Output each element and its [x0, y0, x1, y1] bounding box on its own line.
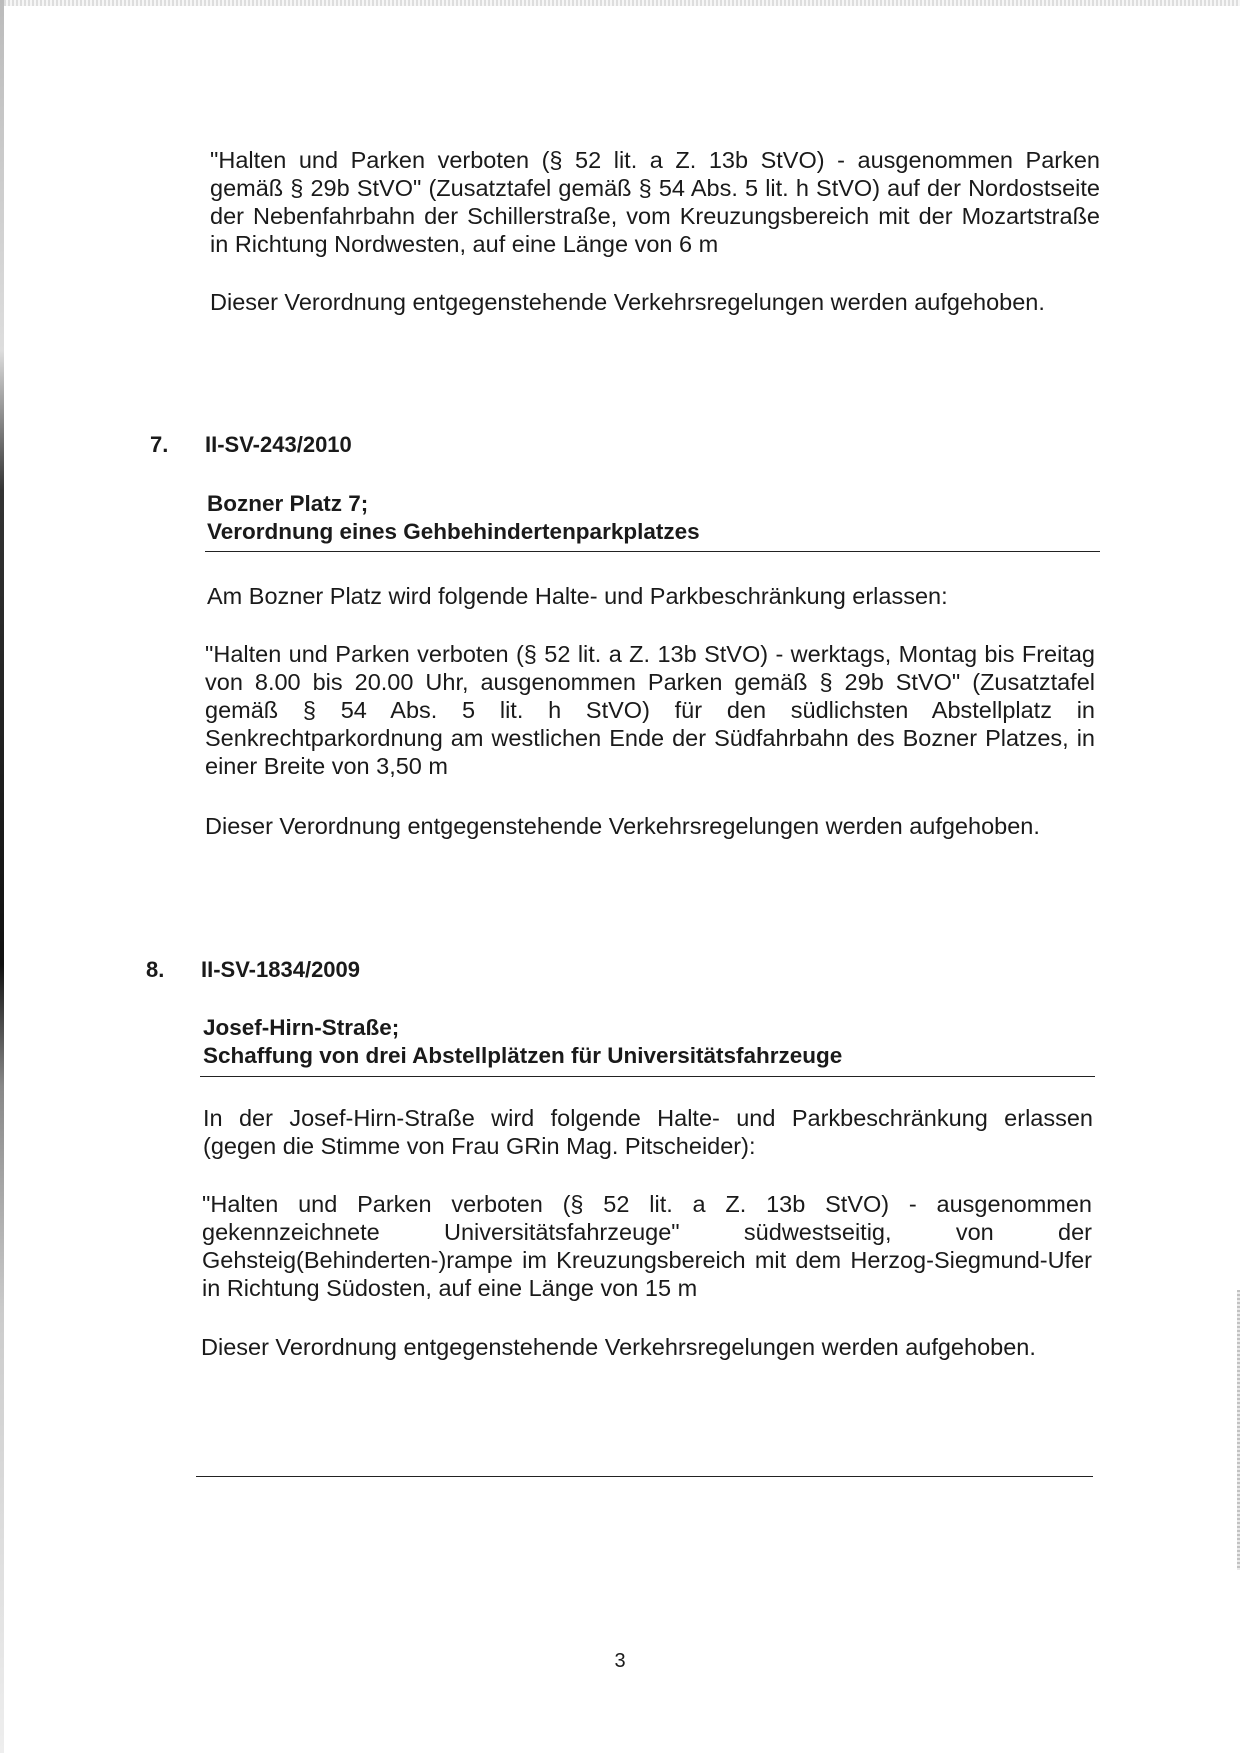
item-8-title-line1: Josef-Hirn-Straße; — [203, 1014, 842, 1042]
item-7-regulation: "Halten und Parken verboten (§ 52 lit. a… — [205, 640, 1095, 780]
item-7-intro: Am Bozner Platz wird folgende Halte- und… — [207, 582, 1097, 610]
page-number: 3 — [0, 1650, 1240, 1673]
item-8-regulation: "Halten und Parken verboten (§ 52 lit. a… — [202, 1190, 1092, 1302]
item-7-title-line1: Bozner Platz 7; — [207, 490, 700, 518]
document-page: "Halten und Parken verboten (§ 52 lit. a… — [0, 0, 1240, 1753]
item-7-heading: 7. II-SV-243/2010 — [150, 432, 352, 458]
item-7-number: 7. — [150, 432, 205, 458]
item-8-title: Josef-Hirn-Straße; Schaffung von drei Ab… — [203, 1014, 842, 1070]
item-7-reference: II-SV-243/2010 — [205, 432, 352, 458]
item-8-intro: In der Josef-Hirn-Straße wird folgende H… — [203, 1104, 1093, 1160]
end-separator-line — [196, 1476, 1093, 1477]
item-8-heading: 8. II-SV-1834/2009 — [146, 957, 360, 983]
item-8-title-underline — [200, 1076, 1095, 1077]
item-7-title-line2: Verordnung eines Gehbehindertenparkplatz… — [207, 518, 700, 546]
item-7-repeal: Dieser Verordnung entgegenstehende Verke… — [205, 812, 1095, 840]
item-7-title: Bozner Platz 7; Verordnung eines Gehbehi… — [207, 490, 700, 546]
item-8-title-line2: Schaffung von drei Abstellplätzen für Un… — [203, 1042, 842, 1070]
item-8-reference: II-SV-1834/2009 — [201, 957, 360, 983]
item-8-number: 8. — [146, 957, 201, 983]
item-7-title-underline — [205, 551, 1100, 552]
intro-regulation-paragraph: "Halten und Parken verboten (§ 52 lit. a… — [210, 146, 1100, 258]
intro-repeal-paragraph: Dieser Verordnung entgegenstehende Verke… — [210, 288, 1100, 316]
item-8-repeal: Dieser Verordnung entgegenstehende Verke… — [201, 1333, 1091, 1361]
